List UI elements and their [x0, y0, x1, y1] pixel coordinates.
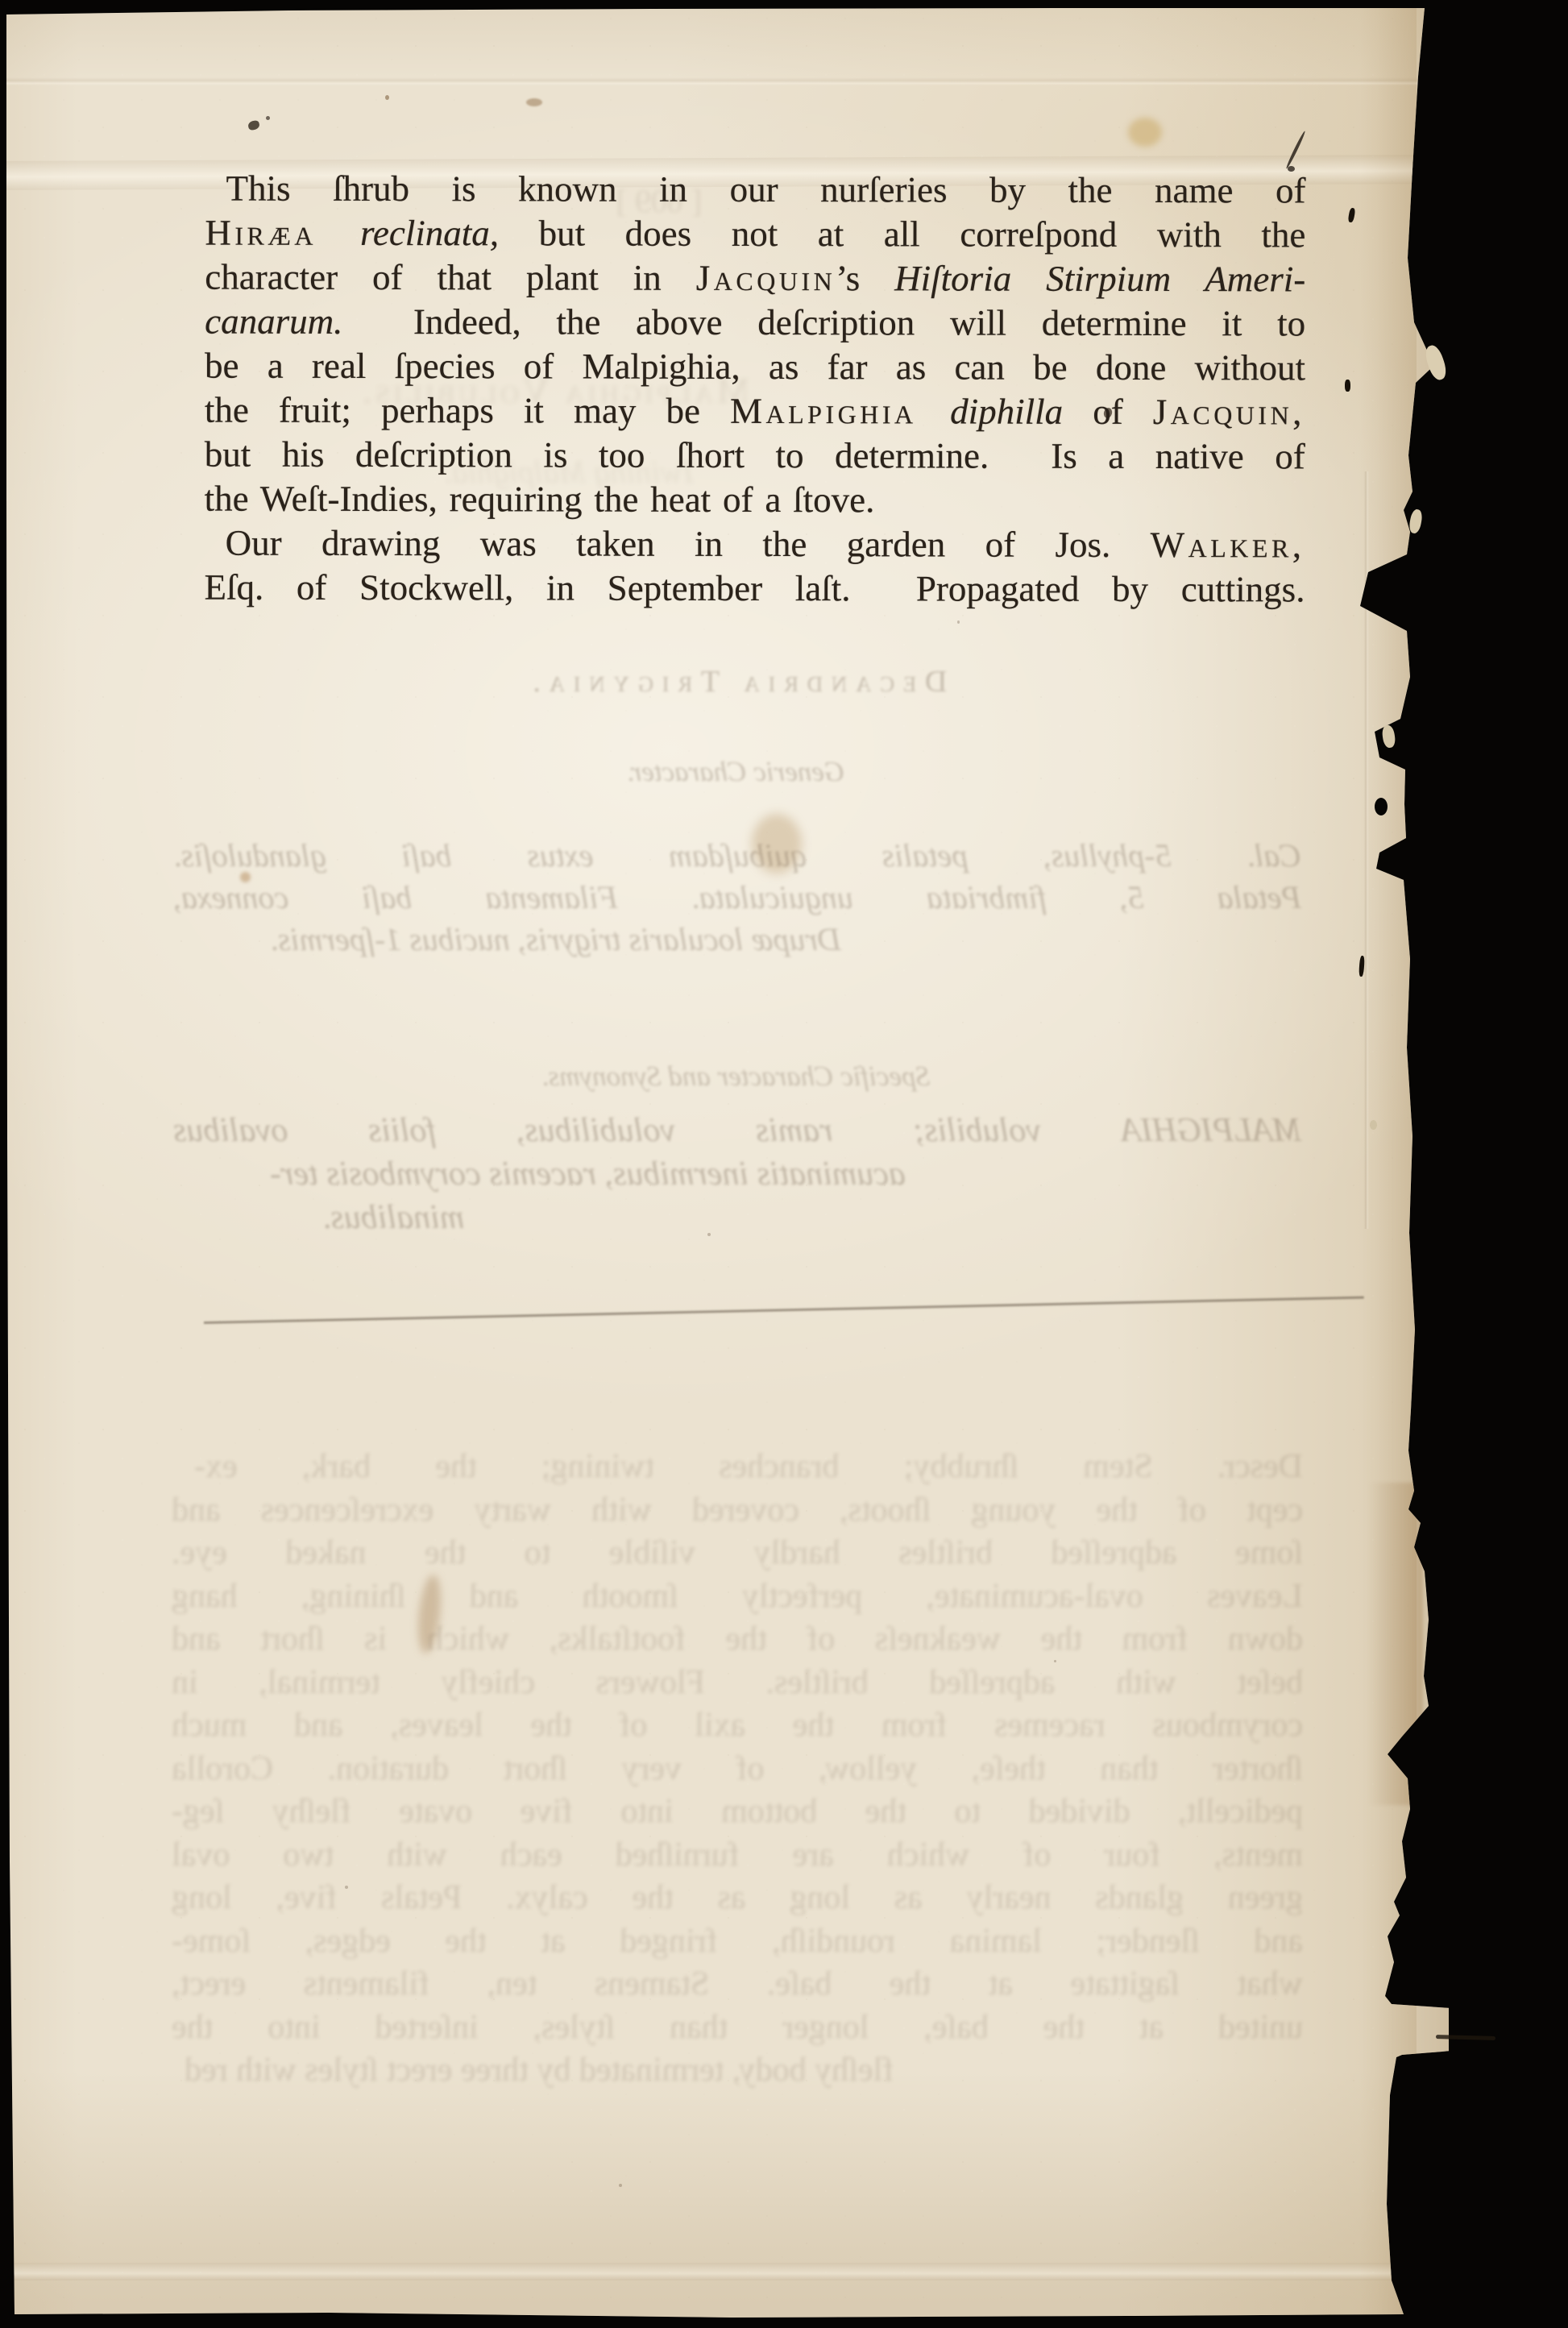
text-segment: Malpighia — [730, 391, 950, 432]
showthrough-generic-character-text: Cal. 5-phyllus, petalis quibuſdam extus … — [173, 835, 1301, 961]
showthrough-line: cept of the young ſhoots, covered with w… — [172, 1489, 1303, 1533]
showthrough-line: Leaves oval-acuminate, perfectly ſmooth … — [172, 1575, 1303, 1619]
text-segment: but his deſcription is too ſhort to dete… — [205, 434, 1305, 477]
showthrough-line: ſome adpreſſed briſtles hardly viſible t… — [172, 1532, 1303, 1575]
ink-flourish — [1285, 131, 1306, 169]
showthrough-line: down from the weakneſs of the footſtalks… — [172, 1618, 1303, 1662]
showthrough-line: Drupæ locularis trigyris, nucibus 1-ſper… — [173, 919, 1301, 961]
paper-fleck — [619, 2184, 622, 2187]
text-segment: Jacquin, — [1153, 392, 1305, 432]
showthrough-class-heading: Decandria Trigynia. — [173, 664, 1298, 699]
showthrough-generic-character-heading: Generic Character. — [173, 756, 1298, 788]
horizontal-crease — [6, 2263, 1425, 2280]
scanner-background: { "colors": { "scanner_background": "#06… — [0, 0, 1568, 2328]
showthrough-line: MALPIGHIA volubilis; ramis volubilibus, … — [173, 1109, 1301, 1152]
showthrough-line: corymbous racemes from the axil of the l… — [172, 1704, 1303, 1748]
paper-fleck — [1054, 1660, 1056, 1662]
text-segment: but does not at all correſpond with the — [499, 213, 1305, 255]
tear-slit — [1436, 2035, 1495, 2040]
text-segment: Hiræa — [205, 213, 360, 253]
foxing-spot — [240, 872, 251, 882]
showthrough-line: Petala 5, fimbriata unguiculata. Filamen… — [173, 877, 1301, 919]
text-segment: Our drawing was taken in the garden of J… — [226, 523, 1151, 565]
showthrough-line: pedicellt, divided to the bottom into fi… — [172, 1791, 1303, 1834]
body-line: Our drawing was taken in the garden of J… — [205, 521, 1305, 568]
text-segment: diphilla — [950, 392, 1063, 432]
text-segment: Jacquin — [696, 258, 836, 298]
showthrough-line: ments, four of which are furniſhed each … — [172, 1834, 1303, 1878]
body-line: the Weſt-Indies, requiring the heat of a… — [205, 477, 1305, 524]
text-segment: of — [1063, 392, 1153, 432]
showthrough-species-diagnosis: MALPIGHIA volubilis; ramis volubilibus, … — [173, 1109, 1301, 1239]
text-segment: the fruit; perhaps it may be — [205, 390, 730, 431]
edge-discoloration — [1360, 8, 1417, 2321]
paper-fleck — [345, 1886, 348, 1889]
text-segment: Walker, — [1151, 525, 1305, 565]
showthrough-line: minalibus. — [173, 1196, 1301, 1239]
text-segment: character of that plant in — [205, 257, 696, 298]
text-segment: canarum. — [205, 301, 342, 342]
torn-paper-sliver — [1381, 724, 1396, 749]
showthrough-line: Descr. Stem ſhrubby; branches twining; t… — [172, 1446, 1303, 1489]
foxing-spot — [1128, 118, 1162, 147]
printed-text-block: This ſhrub is known in our nurſeries by … — [204, 167, 1305, 612]
paper-fleck — [957, 620, 960, 624]
showthrough-line: acuminatis inermibus, racemis corymbosis… — [173, 1152, 1301, 1196]
body-line: be a real ſpecies of Malpighia, as far a… — [205, 344, 1305, 391]
torn-paper-sliver — [1408, 508, 1424, 534]
showthrough-line: beſet with adpreſſed briſtles. Flowers c… — [172, 1662, 1303, 1705]
paper-fleck — [707, 1233, 711, 1236]
foxing-stain — [752, 814, 802, 874]
text-segment: Eſq. of Stockwell, in September laſt. Pr… — [204, 567, 1305, 610]
edge-tear-mark — [1359, 956, 1365, 977]
showthrough-rule-line — [204, 1297, 1364, 1324]
text-segment: the Weſt-Indies, requiring the heat of a… — [205, 479, 875, 521]
foxing-spot — [385, 95, 389, 100]
worm-hole — [1375, 798, 1388, 815]
text-segment: reclinata, — [360, 213, 499, 253]
ink-speck — [247, 119, 260, 131]
edge-discoloration — [1368, 1483, 1423, 1805]
body-line: but his deſcription is too ſhort to dete… — [205, 433, 1305, 479]
text-segment: This ſhrub is known in our nurſeries by … — [226, 168, 1305, 211]
showthrough-line: Cal. 5-phyllus, petalis quibuſdam extus … — [173, 835, 1301, 877]
body-line: canarum. Indeed, the above deſcription w… — [205, 300, 1305, 347]
showthrough-line: and ſlender; lamina roundiſh, fringed at… — [172, 1920, 1303, 1964]
body-line: Hiræa reclinata, but does not at all cor… — [205, 211, 1305, 258]
horizontal-crease — [6, 77, 1425, 85]
foxing-streak — [415, 1574, 444, 1654]
text-segment: Hiſtoria Stirpium Ameri- — [894, 258, 1305, 299]
body-line: Eſq. of Stockwell, in September laſt. Pr… — [204, 566, 1305, 612]
ink-speck — [266, 116, 270, 120]
body-line: character of that plant in Jacquin’s Hiſ… — [205, 255, 1305, 302]
book-page-scan: [ 609 ] Malpighia Volubilis. Twining Mal… — [6, 8, 1449, 2326]
text-segment: ’s — [836, 258, 894, 298]
showthrough-line: fleſhy body, terminated by three erect ſ… — [172, 2049, 1303, 2093]
edge-tear-mark — [1347, 208, 1355, 223]
body-line: This ſhrub is known in our nurſeries by … — [205, 167, 1305, 214]
edge-tear-mark — [1345, 380, 1350, 392]
text-segment: Indeed, the above deſcription will deter… — [342, 301, 1305, 344]
text-segment: be a real ſpecies of Malpighia, as far a… — [205, 346, 1305, 388]
showthrough-line: ſhorter than theſe, yellow, of very ſhor… — [172, 1748, 1303, 1791]
foxing-smudge — [526, 98, 542, 106]
showthrough-line: united at the baſe, longer than ſtyles, … — [172, 2006, 1303, 2050]
showthrough-line: what ſagittate at the baſe. Stamens ten,… — [172, 1963, 1303, 2006]
showthrough-description-paragraph: Descr. Stem ſhrubby; branches twining; t… — [172, 1446, 1303, 2093]
body-line: the fruit; perhaps it may be Malpighia d… — [205, 388, 1305, 435]
showthrough-specific-character-heading: Specific Character and Synonyms. — [173, 1060, 1298, 1093]
showthrough-line: green glands nearly as long as the calyx… — [172, 1877, 1303, 1920]
vertical-crease — [1364, 471, 1369, 1229]
